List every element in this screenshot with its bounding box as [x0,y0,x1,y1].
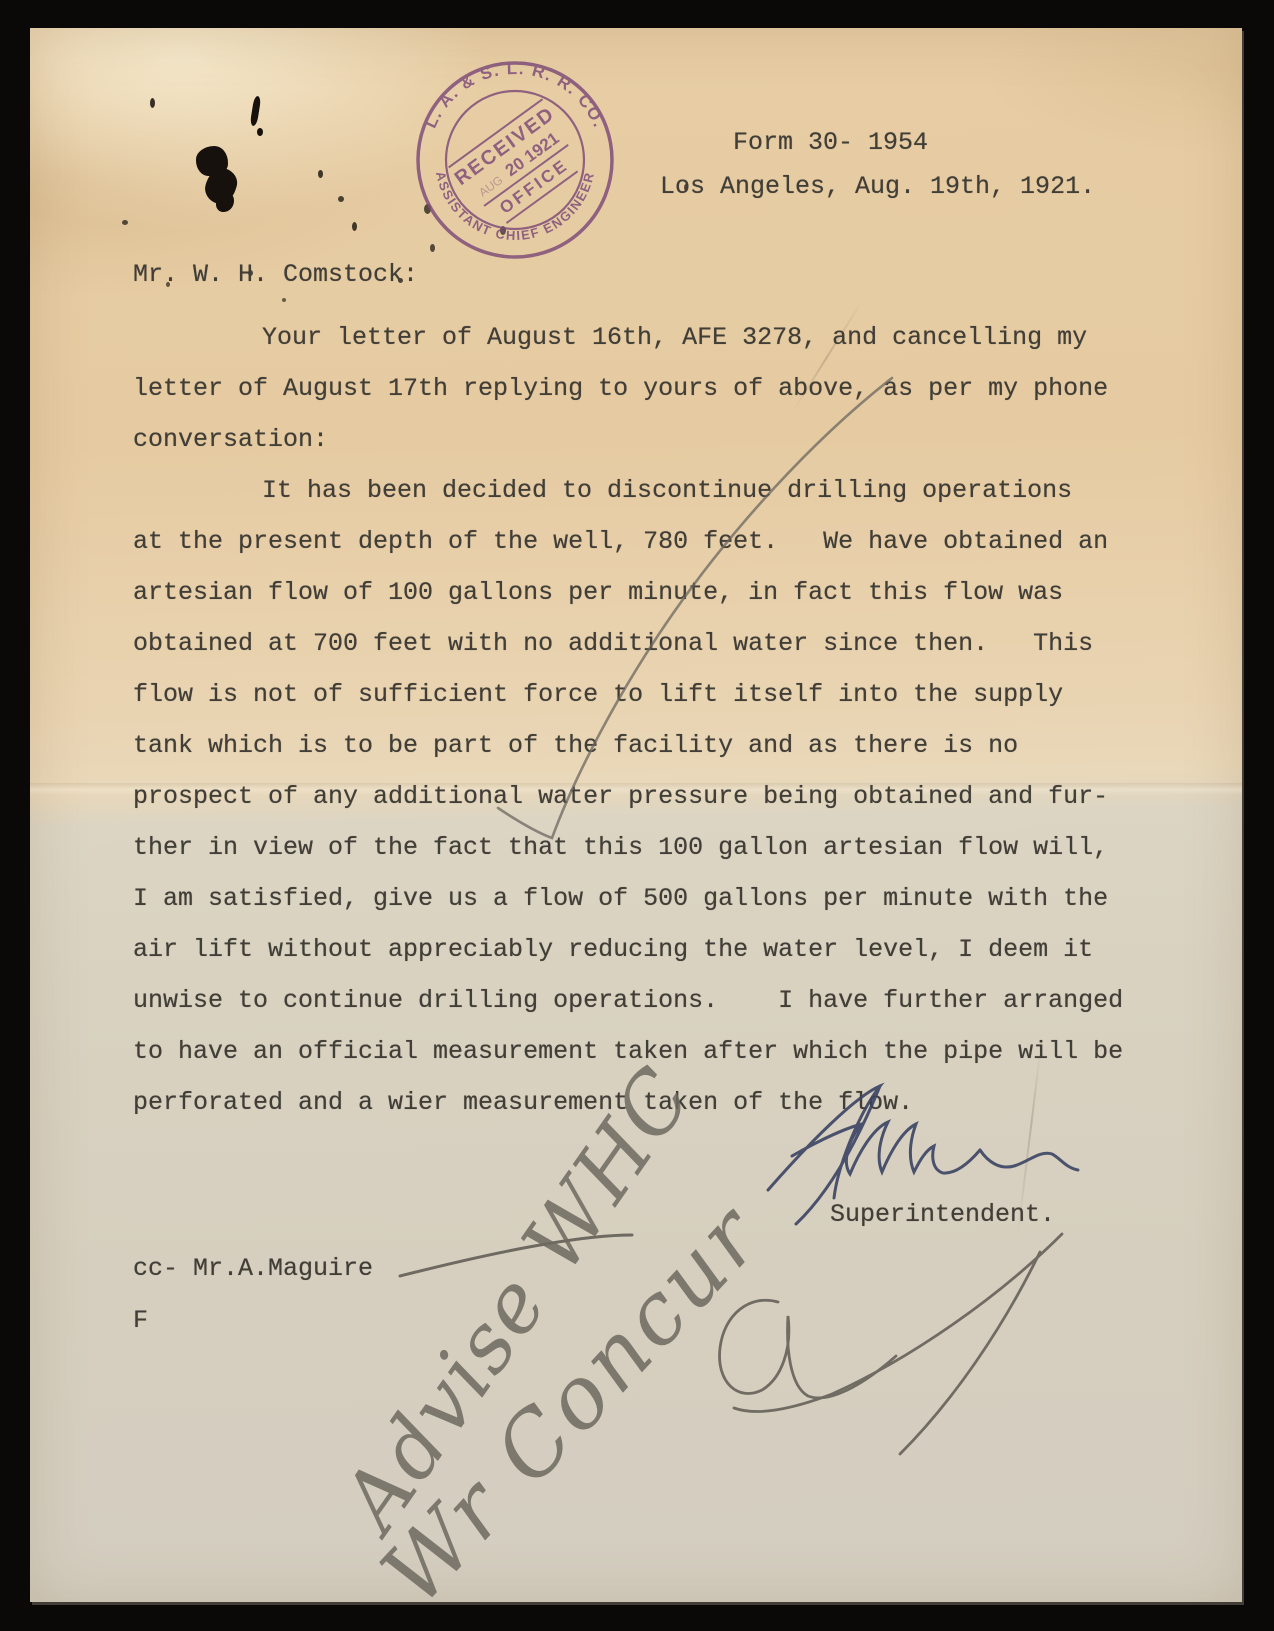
form-number: Form 30- 1954 [733,128,928,157]
scanned-letter: L. A. & S. L. R. R. CO. ASSISTANT CHIEF … [0,0,1274,1631]
file-initial: F [133,1306,148,1335]
received-stamp: L. A. & S. L. R. R. CO. ASSISTANT CHIEF … [405,50,625,270]
letter-body-line: I am satisfied, give us a flow of 500 ga… [133,873,1193,924]
letter-body-line: unwise to continue drilling operations. … [133,975,1193,1026]
cc-line: cc- Mr.A.Maguire [133,1254,373,1283]
salutation: Mr. W. H. Comstock: [133,260,418,289]
damage-spot [352,222,357,231]
reviewer-initial-flourish [660,1190,1080,1480]
letter-body-line: air lift without appreciably reducing th… [133,924,1193,975]
damage-spot [318,170,323,178]
letter-body-line: Your letter of August 16th, AFE 3278, an… [133,312,1193,363]
dateline: Los Angeles, Aug. 19th, 1921. [660,172,1095,201]
damage-spot [338,196,344,202]
damage-spot [122,220,128,225]
damage-spot [282,298,286,302]
damage-spot [257,128,263,136]
letter-body-line: to have an official measurement taken af… [133,1026,1193,1077]
pencil-checkmark [480,360,910,850]
damage-spot [150,98,155,108]
